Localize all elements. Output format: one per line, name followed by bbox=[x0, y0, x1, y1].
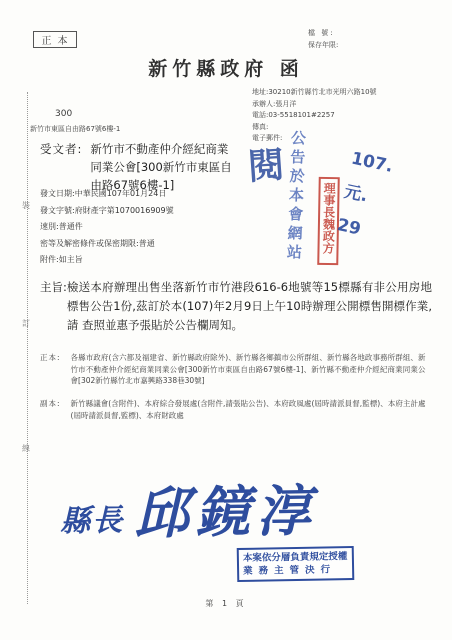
cc-recipients-text: 新竹縣議會(含附件)、本府綜合發展處(含附件,請張貼公告)、本府政風處(屆時請派… bbox=[71, 398, 426, 421]
file-number-block: 檔 號: 保存年限: bbox=[308, 27, 338, 51]
original-recipients-label: 正本: bbox=[40, 352, 61, 387]
binding-char-zhuang: 裝 bbox=[22, 200, 30, 211]
sender-address: 地址:30210新竹縣竹北市光明六路10號 bbox=[252, 87, 377, 99]
original-recipients-text: 各縣市政府(含六都及福建省、新竹縣政府除外)、新竹縣各鄉鎮市公所群組、新竹縣各地… bbox=[71, 352, 426, 387]
file-number-label: 檔 號: bbox=[308, 27, 338, 39]
security-class: 密等及解密條件或保密期限:普通 bbox=[40, 236, 174, 253]
original-recipients-block: 正本: 各縣市政府(含六都及福建省、新竹縣政府除外)、新竹縣各鄉鎮市公所群組、新… bbox=[40, 352, 440, 387]
subject-label: 主旨: bbox=[40, 278, 67, 335]
binding-dotted-line bbox=[27, 92, 28, 604]
binding-char-ding: 訂 bbox=[22, 318, 30, 329]
document-title: 新竹縣政府 函 bbox=[0, 54, 452, 81]
recipient-address-line: 新竹市東區自由路67號6樓-1 bbox=[30, 124, 120, 134]
sender-fax: 傳真: bbox=[252, 122, 377, 134]
mayor-name: 邱鏡淳 bbox=[133, 467, 317, 549]
mayor-signature-stamp: 縣長 邱鏡淳 bbox=[59, 465, 430, 550]
recipient-postal-code: 300 bbox=[55, 109, 72, 119]
read-mark-handwriting: 閱 bbox=[246, 137, 285, 190]
subject-text: 檢送本府辦理出售坐落新竹市竹港段616-6地號等15標縣有非公用房地標售公告1份… bbox=[67, 278, 432, 335]
scanned-official-letter: 裝 訂 線 正本 檔 號: 保存年限: 新竹縣政府 函 地址:30210新竹縣竹… bbox=[0, 0, 452, 640]
issue-number: 發文字號:府財產字第1070016909號 bbox=[40, 203, 174, 220]
speed-class: 速別:普通件 bbox=[40, 219, 174, 236]
delegation-line2: 業務主管決行 bbox=[243, 563, 348, 578]
copy-type-box: 正本 bbox=[33, 31, 77, 48]
page-number: 第 1 頁 bbox=[0, 598, 452, 609]
cc-recipients-label: 副本: bbox=[40, 398, 61, 421]
delegation-authority-stamp: 本案依分層負責規定授權 業務主管決行 bbox=[237, 546, 354, 582]
sender-phone: 電話:03-5518101#2257 bbox=[252, 110, 377, 122]
sender-contact-person: 承辦人:張月洋 bbox=[252, 99, 377, 111]
attachment-note: 附件:如主旨 bbox=[40, 252, 174, 269]
mayor-title: 縣長 bbox=[60, 495, 125, 550]
binding-char-xian: 線 bbox=[22, 443, 30, 454]
document-meta-block: 發文日期:中華民國107年01月24日 發文字號:府財產字第1070016909… bbox=[40, 186, 174, 269]
retention-label: 保存年限: bbox=[308, 39, 338, 51]
cc-recipients-block: 副本: 新竹縣議會(含附件)、本府綜合發展處(含附件,請張貼公告)、本府政風處(… bbox=[40, 398, 440, 421]
issue-date: 發文日期:中華民國107年01月24日 bbox=[40, 186, 174, 203]
chairman-red-stamp: 理事長魏政方 bbox=[317, 177, 339, 265]
sender-contact-block: 地址:30210新竹縣竹北市光明六路10號 承辦人:張月洋 電話:03-5518… bbox=[252, 87, 377, 145]
subject-block: 主旨: 檢送本府辦理出售坐落新竹市竹港段616-6地號等15標縣有非公用房地標售… bbox=[40, 278, 432, 335]
handwritten-date-note: 107. 元. 29 bbox=[334, 142, 396, 250]
